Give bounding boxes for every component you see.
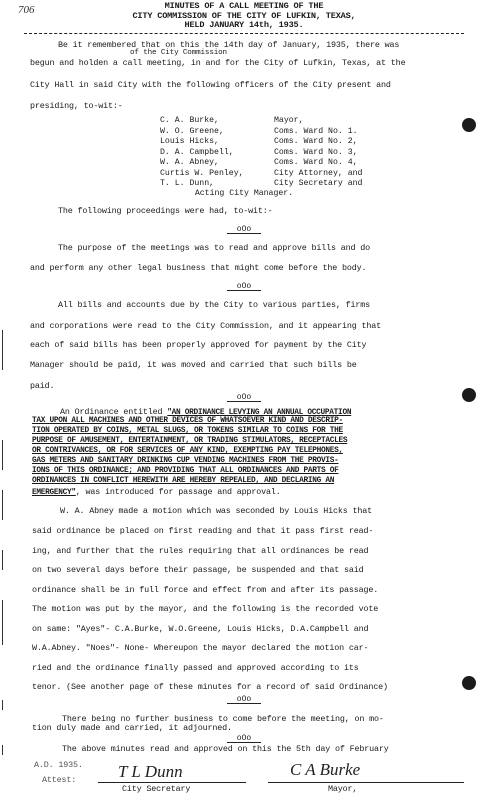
roster-row: W. O. Greene,Coms. Ward No. 1. <box>160 127 362 138</box>
roster-row: D. A. Campbell,Coms. Ward No. 3, <box>160 148 362 159</box>
motion-line: tenor. (See another page of these minute… <box>32 682 388 692</box>
minutes-heading: MINUTES OF A CALL MEETING OF THE CITY CO… <box>0 2 488 31</box>
motion-line: ried and the ordinance finally passed an… <box>32 663 359 673</box>
scan-margin-mark <box>2 490 3 520</box>
officers-roster: C. A. Burke,Mayor, W. O. Greene,Coms. Wa… <box>160 116 362 190</box>
mayor-signature: C A Burke <box>290 760 360 780</box>
intro-line-1: Be it remembered that on this the 14th d… <box>58 40 399 50</box>
adjourn-line-2: tion duly made and carried, it adjourned… <box>32 723 232 733</box>
scan-margin-mark <box>2 440 3 470</box>
bills-line-3: each of said bills has been properly app… <box>30 340 366 350</box>
roster-row: Curtis W. Penley,City Attorney, and <box>160 169 362 180</box>
scan-margin-mark <box>2 330 3 370</box>
ordinance-title-line: "AN ORDINANCE LEVYING AN ANNUAL OCCUPATI… <box>167 409 351 417</box>
ordinance-title-line: OR CONTRIVANCES, OR FOR SERVICES OF ANY … <box>32 447 343 457</box>
punch-hole <box>462 388 476 402</box>
ordinance-title-line: TION OPERATED BY COINS, METAL SLUGS, OR … <box>32 427 343 437</box>
ordinance-title-line: ORDINANCES IN CONFLICT HEREWITH ARE HERE… <box>32 477 334 487</box>
section-separator: oOo <box>0 225 488 234</box>
roster-row: T. L. Dunn,City Secretary and <box>160 179 362 190</box>
intro-insert: of the City Commission <box>130 49 227 57</box>
scan-margin-mark <box>2 745 3 755</box>
document-page: 706 MINUTES OF A CALL MEETING OF THE CIT… <box>0 0 488 800</box>
purpose-line-1: The purpose of the meetings was to read … <box>58 243 370 253</box>
heading-line-3: HELD JANUARY 14th, 1935. <box>0 21 488 31</box>
bills-line-2: and corporations were read to the City C… <box>30 321 381 331</box>
motion-line: said ordinance be placed on first readin… <box>32 526 373 536</box>
scan-margin-mark <box>2 700 3 710</box>
roster-tail: Acting City Manager. <box>0 189 488 198</box>
motion-line: on same: "Ayes"- C.A.Burke, W.O.Greene, … <box>32 624 368 634</box>
scan-margin-mark <box>2 600 3 645</box>
motion-line: ing, and further that the rules requirin… <box>32 546 368 556</box>
mayor-label: Mayor, <box>328 784 357 794</box>
purpose-line-2: and perform any other legal business tha… <box>30 263 366 273</box>
ordinance-title-line: PURPOSE OF AMUSEMENT, ENTERTAINMENT, OR … <box>32 437 347 447</box>
ordinance-lead: An Ordinance entitled <box>60 407 167 417</box>
roster-row: W. A. Abney,Coms. Ward No. 4, <box>160 158 362 169</box>
section-separator: oOo <box>0 282 488 291</box>
section-separator: oOo <box>0 393 488 402</box>
section-separator: oOo <box>0 734 488 743</box>
bills-line-1: All bills and accounts due by the City t… <box>58 300 370 310</box>
motion-line: The motion was put by the mayor, and the… <box>32 604 378 614</box>
intro-line-4: presiding, to-wit:- <box>30 101 123 111</box>
heading-divider <box>24 33 464 34</box>
motion-line: ordinance shall be in full force and eff… <box>32 585 378 595</box>
secretary-signature: T L Dunn <box>118 762 183 782</box>
secretary-signature-line <box>98 782 246 783</box>
motion-line: on two several days before their passage… <box>32 565 364 575</box>
approval-line: The above minutes read and approved on t… <box>62 744 389 754</box>
intro-line-3: City Hall in said City with the followin… <box>30 80 391 90</box>
punch-hole <box>462 118 476 132</box>
ordinance-title-line: IONS OF THIS ORDINANCE; AND PROVIDING TH… <box>32 467 339 477</box>
punch-hole <box>462 676 476 690</box>
mayor-signature-line <box>268 782 464 783</box>
ordinance-title-line: GAS METERS AND SANITARY DRINKING CUP VEN… <box>32 457 339 467</box>
roster-row: Louis Hicks,Coms. Ward No. 2, <box>160 137 362 148</box>
bills-line-5: paid. <box>30 381 54 391</box>
ordinance-last-line: EMERGENCY", was introduced for passage a… <box>32 487 281 499</box>
roster-row: C. A. Burke,Mayor, <box>160 116 362 127</box>
scan-margin-mark <box>2 550 3 570</box>
section-separator: oOo <box>0 695 488 704</box>
motion-line: W. A. Abney made a motion which was seco… <box>60 506 372 516</box>
ordinance-title-line: TAX UPON ALL MACHINES AND OTHER DEVICES … <box>32 417 343 427</box>
intro-line-2: begun and holden a call meeting, in and … <box>30 58 405 68</box>
attest-label: Attest: <box>42 775 76 785</box>
approval-year: A.D. 1935. <box>34 760 83 770</box>
secretary-label: City Secretary <box>122 784 190 794</box>
proceedings-intro: The following proceedings were had, to-w… <box>58 206 273 216</box>
motion-line: W.A.Abney. "Noes"- None- Whereupon the m… <box>32 643 368 653</box>
bills-line-4: Manager should be paid, it was moved and… <box>30 360 357 370</box>
